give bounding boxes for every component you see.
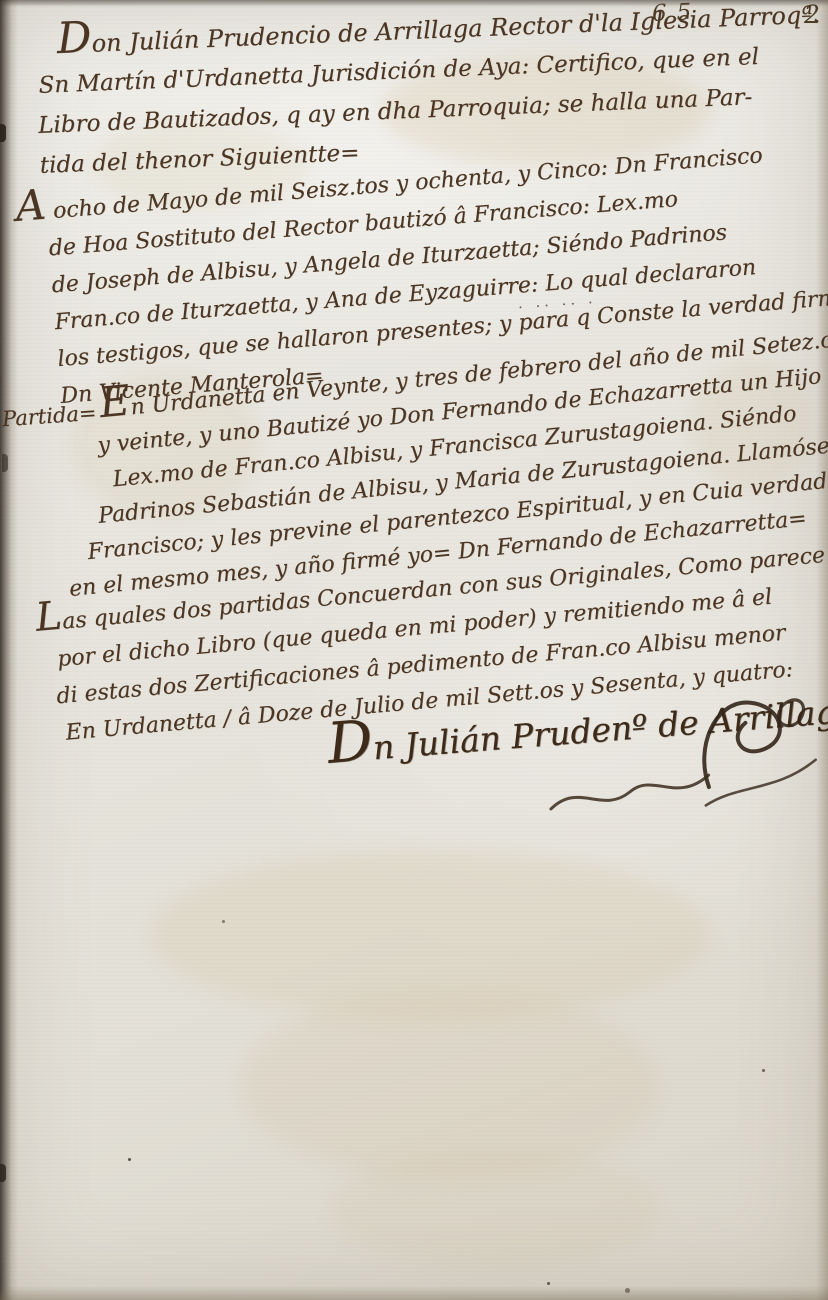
paper-stain xyxy=(150,850,710,1020)
ink-specks xyxy=(128,1158,131,1161)
paper-stain xyxy=(240,990,660,1180)
page-edge-bottom xyxy=(0,1286,828,1300)
manuscript-page: 65 2 Don Julián Prudencio de Arrillaga R… xyxy=(0,0,828,1300)
paper-stain xyxy=(330,1150,660,1270)
signature-underline-flourish xyxy=(543,765,716,825)
binding-edge-tears xyxy=(0,124,6,142)
